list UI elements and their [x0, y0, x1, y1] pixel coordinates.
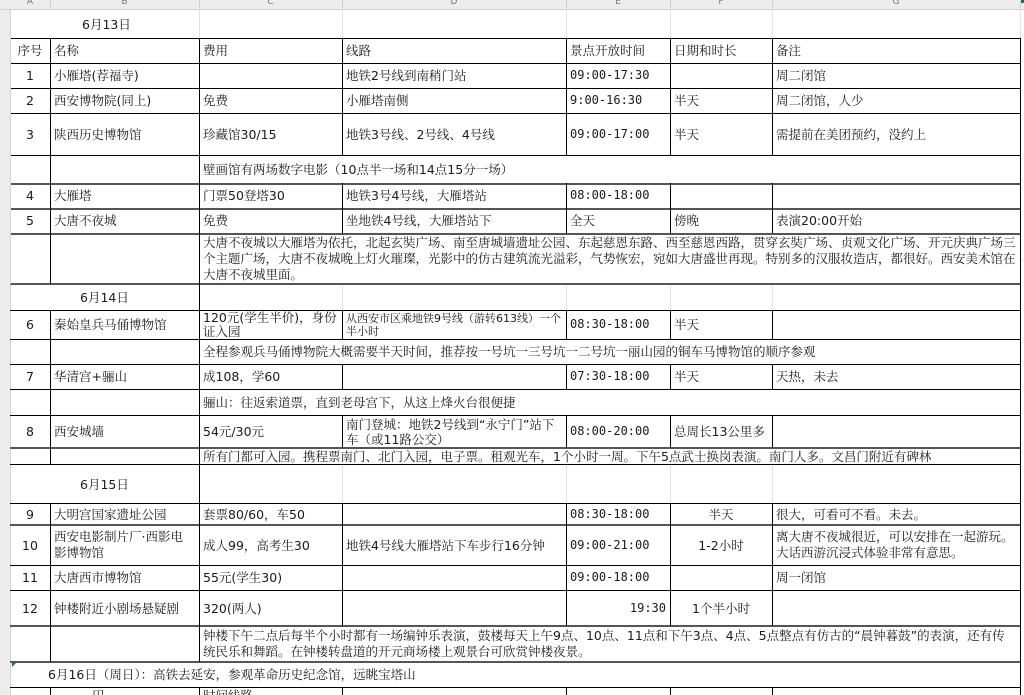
row-12-name[interactable]: 钟楼附近小剧场悬疑剧: [50, 590, 199, 626]
row-11-fee[interactable]: 55元(学生30): [199, 565, 342, 590]
column-header-b[interactable]: B: [50, 0, 200, 8]
column-header-d[interactable]: D: [342, 0, 567, 8]
row-10-no[interactable]: 10: [10, 525, 50, 565]
row-12-notes[interactable]: [772, 590, 1020, 626]
partial-row-b[interactable]: 田: [50, 688, 199, 695]
row-1-fee[interactable]: [199, 63, 342, 88]
row-10-notes[interactable]: 离大唐不夜城很近，可以安排在一起游玩。大话西游沉浸式体验非常有意思。: [772, 525, 1020, 565]
row-4-name[interactable]: 大雁塔: [50, 183, 199, 208]
note-row-12[interactable]: 钟楼下午二点后每半个小时都有一场编钟乐表演，鼓楼每天上午9点、10点、11点和下…: [199, 626, 1020, 662]
row-5-route[interactable]: 坐地铁4号线，大雁塔站下: [342, 208, 566, 233]
row-7-name[interactable]: 华清宫+骊山: [50, 364, 199, 389]
note-row-8[interactable]: 所有门都可入园。携程票南门、北门入园，电子票。租观光车，1个小时一周。下午5点武…: [199, 448, 1020, 465]
column-header-e[interactable]: E: [566, 0, 671, 8]
row-12-open-hours[interactable]: 19:30: [566, 590, 670, 626]
day-label-0613[interactable]: 6月13日: [10, 10, 199, 38]
note-row-6[interactable]: 全程参观兵马俑博物院大概需要半天时间，推荐按一号坑一三号坑一二号坑一丽山园的铜车…: [199, 339, 1020, 364]
day-label-0615[interactable]: 6月15日: [10, 465, 199, 503]
row-1-duration[interactable]: [670, 63, 772, 88]
row-6-notes[interactable]: [772, 310, 1020, 339]
row-6-open-hours[interactable]: 08:30-18:00: [566, 310, 670, 339]
row-8-route[interactable]: 南门登城：地铁2号线到“永宁门”站下车（或11路公交）: [342, 415, 566, 448]
row-4-route[interactable]: 地铁3号4号线，大雁塔站: [342, 183, 566, 208]
header-no[interactable]: 序号: [10, 38, 50, 63]
row-5-notes[interactable]: 表演20:00开始: [772, 208, 1020, 233]
row-9-route[interactable]: [342, 503, 566, 525]
column-header-g[interactable]: G: [772, 0, 1021, 8]
column-header-c[interactable]: C: [199, 0, 343, 8]
row-9-duration[interactable]: 半天: [670, 503, 772, 525]
row-1-notes[interactable]: 周二闭馆: [772, 63, 1020, 88]
row-5-fee[interactable]: 免费: [199, 208, 342, 233]
row-6-fee[interactable]: 120元(学生半价)，身份证入园: [199, 310, 342, 339]
header-notes[interactable]: 备注: [772, 38, 1020, 63]
row-8-open-hours[interactable]: 08:00-20:00: [566, 415, 670, 448]
row-11-name[interactable]: 大唐西市博物馆: [50, 565, 199, 590]
note-row-3[interactable]: 壁画馆有两场数字电影（10点半一场和14点15分一场）: [199, 155, 1020, 183]
row-1-name[interactable]: 小雁塔(荐福寺): [50, 63, 199, 88]
row-1-route[interactable]: 地铁2号线到南稍门站: [342, 63, 566, 88]
row-10-duration[interactable]: 1-2小时: [670, 525, 772, 565]
row-3-duration[interactable]: 半天: [670, 113, 772, 155]
row-9-name[interactable]: 大明宫国家遗址公园: [50, 503, 199, 525]
row-3-name[interactable]: 陕西历史博物馆: [50, 113, 199, 155]
row-3-fee[interactable]: 珍藏馆30/15: [199, 113, 342, 155]
row-1-open-hours[interactable]: 09:00-17:30: [566, 63, 670, 88]
row-12-route[interactable]: [342, 590, 566, 626]
row-3-no[interactable]: 3: [10, 113, 50, 155]
row-5-no[interactable]: 5: [10, 208, 50, 233]
row-3-open-hours[interactable]: 09:00-17:00: [566, 113, 670, 155]
column-header-a[interactable]: A: [10, 0, 51, 8]
row-7-no[interactable]: 7: [10, 364, 50, 389]
row-11-duration[interactable]: [670, 565, 772, 590]
column-header-f[interactable]: F: [670, 0, 773, 8]
row-11-open-hours[interactable]: 09:00-18:00: [566, 565, 670, 590]
header-name[interactable]: 名称: [50, 38, 199, 63]
row-8-fee[interactable]: 54元/30元: [199, 415, 342, 448]
header-duration[interactable]: 日期和时长: [670, 38, 772, 63]
row-8-notes[interactable]: [772, 415, 1020, 448]
note-row-5[interactable]: 大唐不夜城以大雁塔为依托，北起玄奘广场、南至唐城墙遗址公园、东起慈恩东路、西至慈…: [199, 233, 1020, 284]
day-label-0614[interactable]: 6月14日: [10, 284, 199, 310]
row-7-notes[interactable]: 天热，未去: [772, 364, 1020, 389]
cell-comment-marker: [12, 662, 17, 667]
row-12-duration[interactable]: 1个半小时: [670, 590, 772, 626]
row-4-open-hours[interactable]: 08:00-18:00: [566, 183, 670, 208]
row-5-open-hours[interactable]: 全天: [566, 208, 670, 233]
row-7-fee[interactable]: 成108，学60: [199, 364, 342, 389]
row-7-route[interactable]: [342, 364, 566, 389]
row-11-notes[interactable]: 周一闭馆: [772, 565, 1020, 590]
row-6-name[interactable]: 秦始皇兵马俑博物馆: [50, 310, 199, 339]
row-1-no[interactable]: 1: [10, 63, 50, 88]
row-11-route[interactable]: [342, 565, 566, 590]
row-3-notes[interactable]: 需提前在美团预约，没约上: [772, 113, 1020, 155]
row-6-duration[interactable]: 半天: [670, 310, 772, 339]
row-4-duration[interactable]: [670, 183, 772, 208]
column-header-bar: A B C D E F G: [0, 0, 1024, 10]
row-12-no[interactable]: 12: [10, 590, 50, 626]
row-2-name[interactable]: 西安博物院(同上): [50, 88, 199, 113]
row-3-route[interactable]: 地铁3号线、2号线、4号线: [342, 113, 566, 155]
header-open-hours[interactable]: 景点开放时间: [566, 38, 670, 63]
row-4-no[interactable]: 4: [10, 183, 50, 208]
row-5-duration[interactable]: 傍晚: [670, 208, 772, 233]
header-route[interactable]: 线路: [342, 38, 566, 63]
row-8-name[interactable]: 西安城墙: [50, 415, 199, 448]
row-9-open-hours[interactable]: 08:30-18:00: [566, 503, 670, 525]
row-2-route[interactable]: 小雁塔南侧: [342, 88, 566, 113]
row-7-open-hours[interactable]: 07:30-18:00: [566, 364, 670, 389]
note-row-7[interactable]: 骊山：往返索道票，直到老母宫下，从这上烽火台很便捷: [199, 389, 1020, 415]
row-12-fee[interactable]: 320(两人): [199, 590, 342, 626]
row-2-fee[interactable]: 免费: [199, 88, 342, 113]
row-10-open-hours[interactable]: 09:00-21:00: [566, 525, 670, 565]
row-9-no[interactable]: 9: [10, 503, 50, 525]
row-2-duration[interactable]: 半天: [670, 88, 772, 113]
row-9-fee[interactable]: 套票80/60，车50: [199, 503, 342, 525]
row-10-fee[interactable]: 成人99，高考生30: [199, 525, 342, 565]
partial-row-c[interactable]: 时间线路: [199, 688, 342, 695]
day-label-0616[interactable]: 6月16日（周日）：高铁去延安，参观革命历史纪念馆，远眺宝塔山: [10, 662, 1020, 687]
row-9-notes[interactable]: 很大，可看可不看。未去。: [772, 503, 1020, 525]
row-6-route[interactable]: 从西安市区乘地铁9号线（游转613线）一个半小时: [342, 310, 566, 339]
row-7-duration[interactable]: 半天: [670, 364, 772, 389]
row-2-open-hours[interactable]: 9:00-16:30: [566, 88, 670, 113]
row-2-notes[interactable]: 周二闭馆，人少: [772, 88, 1020, 113]
row-11-no[interactable]: 11: [10, 565, 50, 590]
row-4-notes[interactable]: [772, 183, 1020, 208]
header-fee[interactable]: 费用: [199, 38, 342, 63]
row-6-no[interactable]: 6: [10, 310, 50, 339]
row-10-name[interactable]: 西安电影制片厂·西影电影博物馆: [50, 525, 199, 565]
row-5-name[interactable]: 大唐不夜城: [50, 208, 199, 233]
row-8-no[interactable]: 8: [10, 415, 50, 448]
row-8-duration[interactable]: 总周长13公里多: [670, 415, 772, 448]
row-10-route[interactable]: 地铁4号线大雁塔站下车步行16分钟: [342, 525, 566, 565]
row-4-fee[interactable]: 门票50登塔30: [199, 183, 342, 208]
row-2-no[interactable]: 2: [10, 88, 50, 113]
